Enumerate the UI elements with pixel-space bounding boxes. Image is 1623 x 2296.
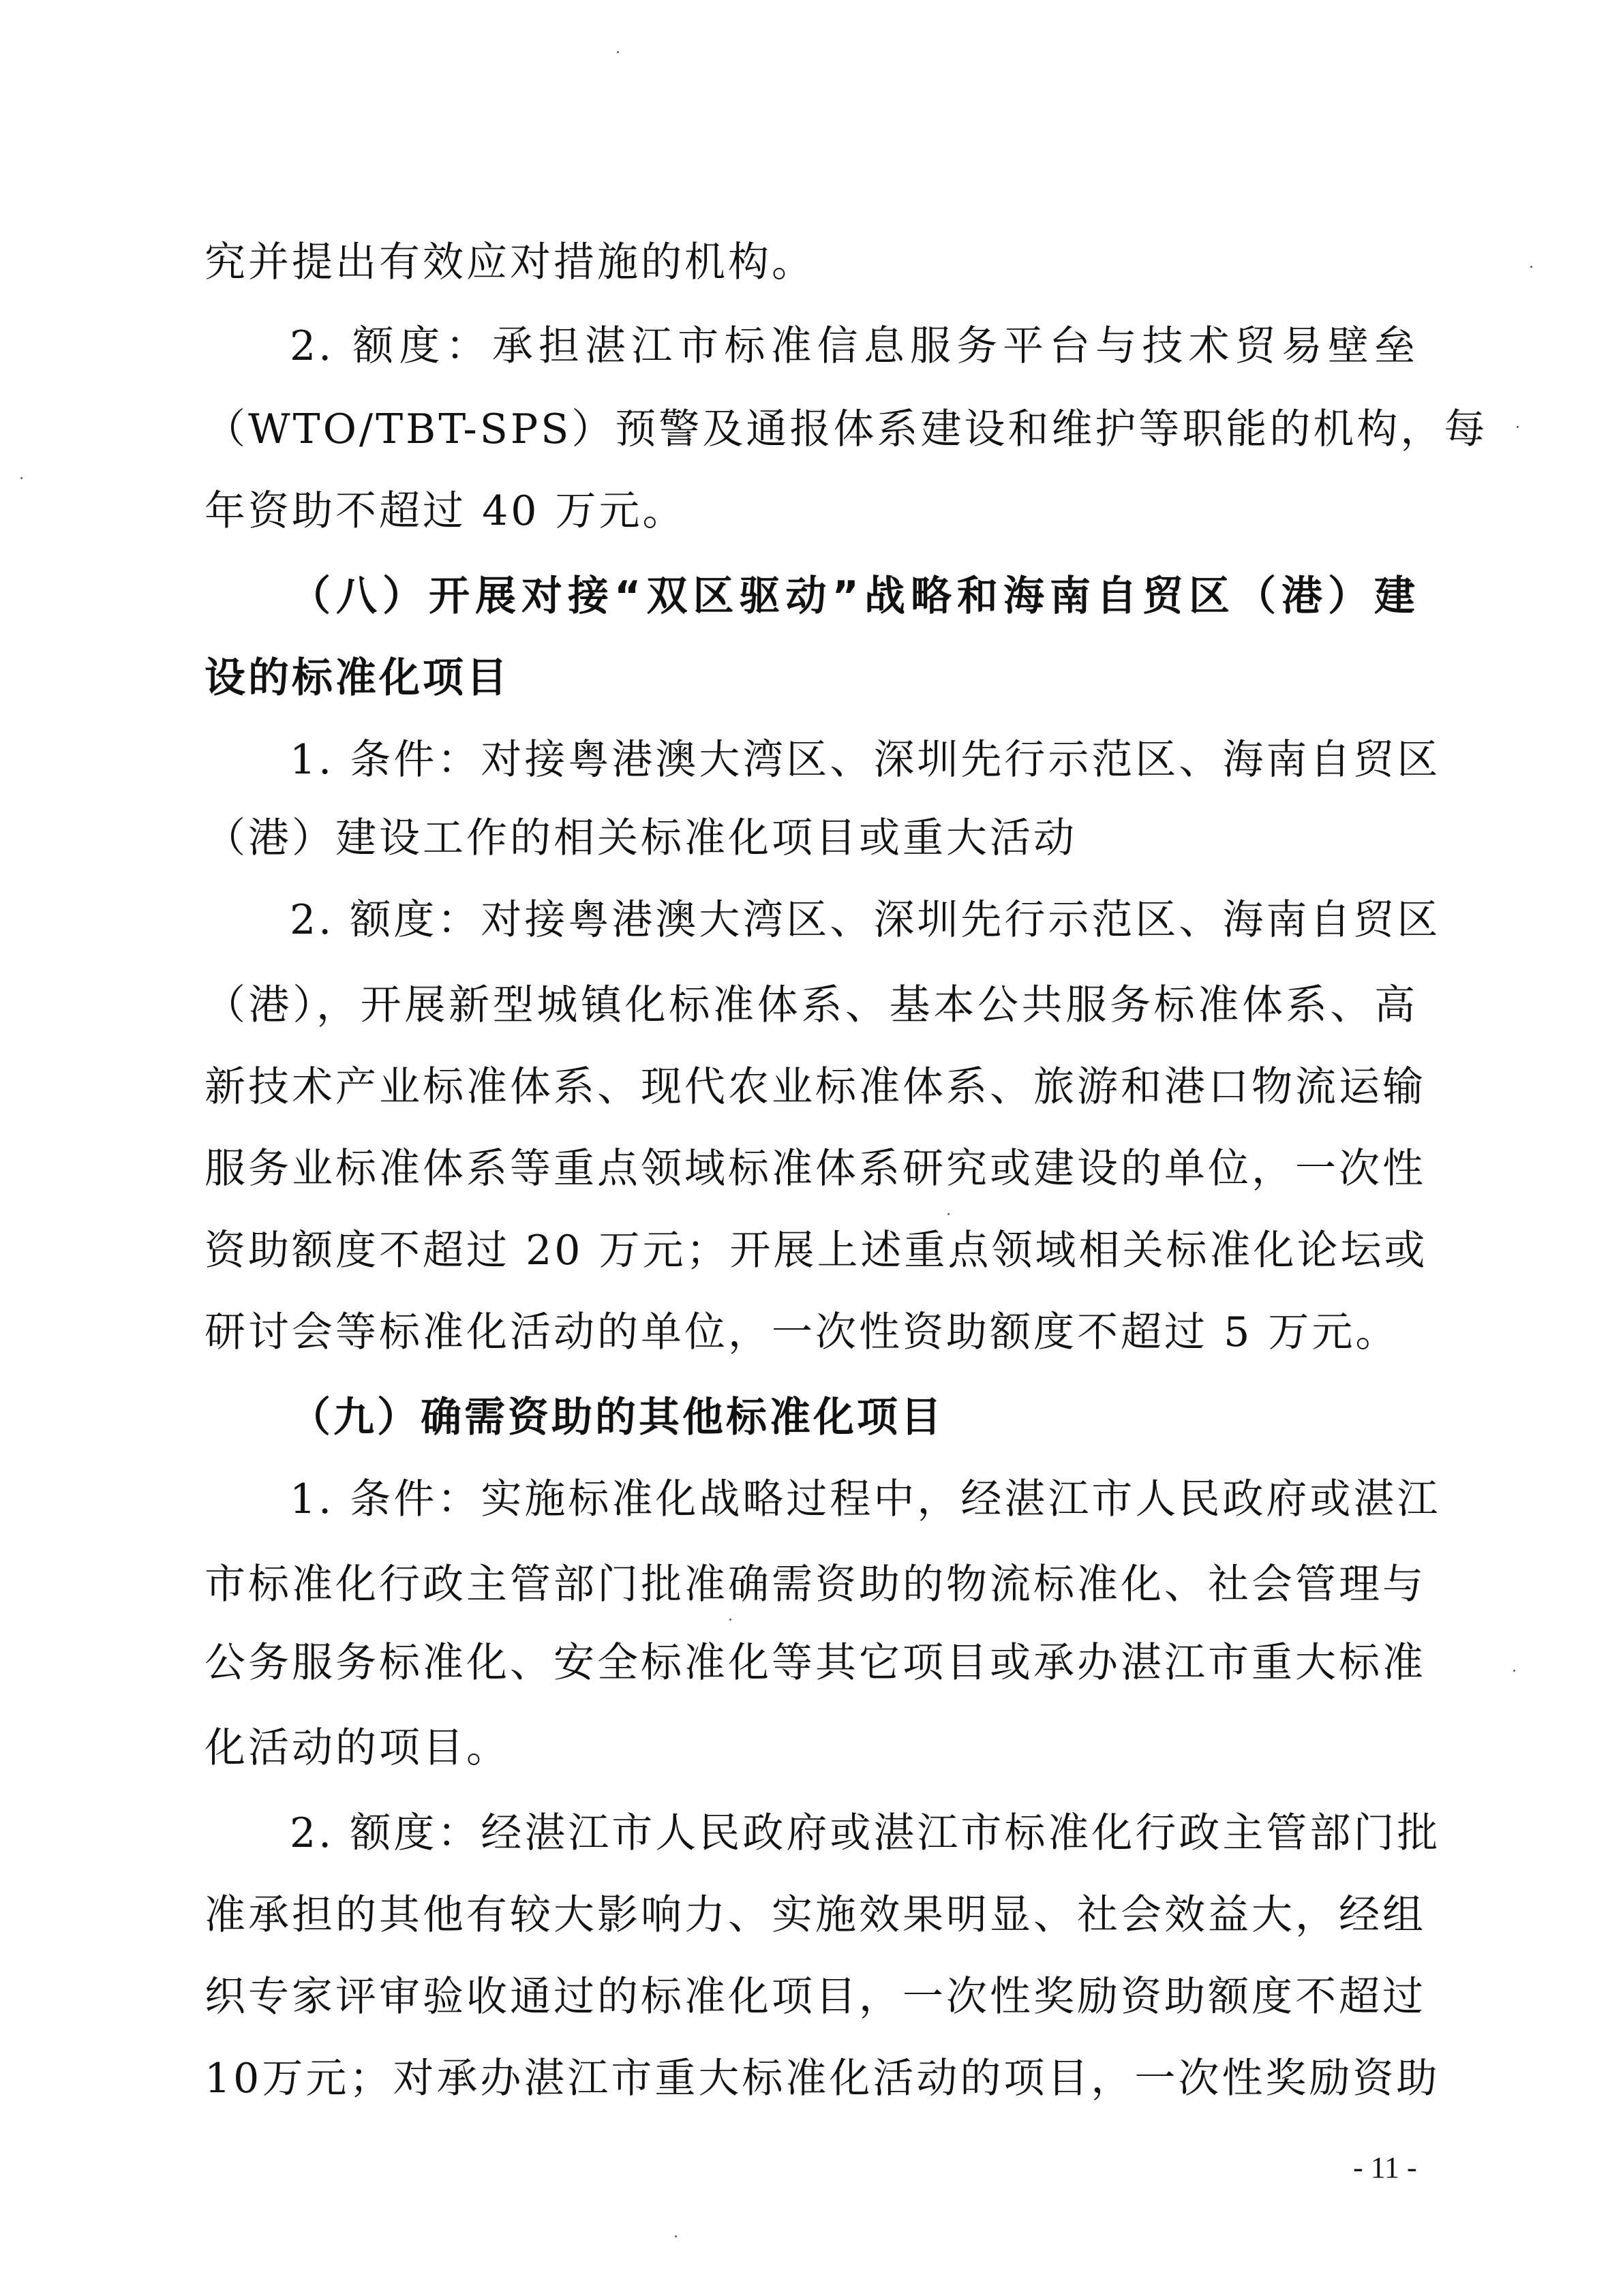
scan-speck — [1517, 426, 1519, 428]
paragraph-line: 2. 额度：承担湛江市标准信息服务平台与技术贸易壁垒 — [290, 316, 1418, 377]
scan-speck — [947, 1213, 950, 1215]
paragraph-line: 2. 额度：经湛江市人民政府或湛江市标准化行政主管部门批 — [290, 1803, 1418, 1864]
scan-speck — [1530, 266, 1532, 268]
paragraph-line: （WTO/TBT-SPS）预警及通报体系建设和维护等职能的机构，每 — [204, 399, 1418, 460]
paragraph-line: 1. 条件：实施标准化战略过程中，经湛江市人民政府或湛江 — [290, 1469, 1418, 1530]
page-number: - 11 - — [1353, 2150, 1417, 2185]
scan-speck — [617, 51, 619, 53]
section-heading-line: 设的标准化项目 — [204, 647, 1418, 709]
paragraph-line: 资助额度不超过 20 万元；开展上述重点领域相关标准化论坛或 — [204, 1220, 1418, 1281]
paragraph-line: （港），开展新型城镇化标准体系、基本公共服务标准体系、高 — [204, 975, 1418, 1036]
paragraph-line: 研讨会等标准化活动的单位，一次性资助额度不超过 5 万元。 — [204, 1302, 1418, 1363]
scan-speck — [675, 2235, 677, 2237]
paragraph-line: 公务服务标准化、安全标准化等其它项目或承办湛江市重大标准 — [204, 1632, 1418, 1694]
paragraph-line: 10万元；对承办湛江市重大标准化活动的项目，一次性奖励资助 — [204, 2048, 1418, 2109]
paragraph-line: 织专家评审验收通过的标准化项目，一次性奖励资助额度不超过 — [204, 1966, 1418, 2027]
paragraph-line: （港）建设工作的相关标准化项目或重大活动 — [204, 808, 1418, 869]
section-heading-line: （九）确需资助的其他标准化项目 — [290, 1387, 1418, 1448]
paragraph-line: 2. 额度：对接粤港澳大湾区、深圳先行示范区、海南自贸区 — [290, 889, 1418, 951]
scan-speck — [729, 1619, 731, 1621]
paragraph-line: 年资助不超过 40 万元。 — [204, 480, 1418, 542]
scan-speck — [20, 477, 22, 479]
document-page: 究并提出有效应对措施的机构。2. 额度：承担湛江市标准信息服务平台与技术贸易壁垒… — [0, 0, 1623, 2296]
paragraph-line: 1. 条件：对接粤港澳大湾区、深圳先行示范区、海南自贸区 — [290, 729, 1418, 791]
scan-speck — [1513, 1670, 1515, 1672]
paragraph-line: 市标准化行政主管部门批准确需资助的物流标准化、社会管理与 — [204, 1554, 1418, 1615]
paragraph-line: 准承担的其他有较大影响力、实施效果明显、社会效益大，经组 — [204, 1884, 1418, 1946]
paragraph-line: 化活动的项目。 — [204, 1717, 1418, 1779]
section-heading-line: （八）开展对接“双区驱动”战略和海南自贸区（港）建 — [290, 566, 1418, 627]
paragraph-line: 服务业标准体系等重点领域标准体系研究或建设的单位，一次性 — [204, 1138, 1418, 1199]
paragraph-line: 新技术产业标准体系、现代农业标准体系、旅游和港口物流运输 — [204, 1056, 1418, 1118]
paragraph-line: 究并提出有效应对措施的机构。 — [204, 232, 1418, 293]
